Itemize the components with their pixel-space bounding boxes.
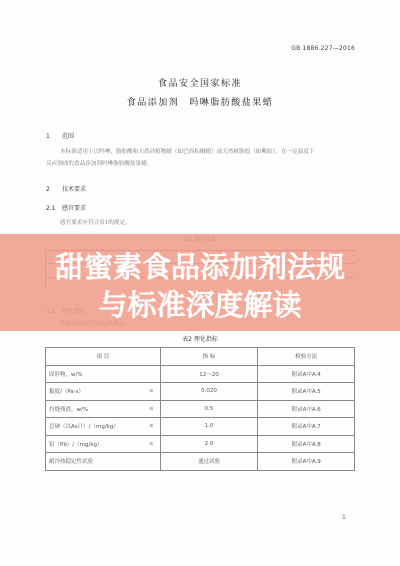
row-item: 固形物，w/% — [49, 372, 83, 378]
document-title-main: 食品安全国家标准 — [0, 76, 400, 89]
row-method: 附录A中A.4 — [258, 365, 355, 383]
page-number: 1 — [342, 514, 346, 521]
row-method: 附录A中A.9 — [258, 453, 355, 471]
banner-headline-line1: 甜蜜素食品添加剂法规 — [0, 245, 400, 286]
table2-header-value: 指 标 — [160, 348, 258, 366]
table2-header-row: 项 目 指 标 检验方法 — [46, 348, 355, 366]
table2: 项 目 指 标 检验方法 固形物，w/% 12～20 附录A中A.4 黏度/（P… — [45, 347, 355, 471]
table-row: 耐冷热稳定性试验 通过试验 附录A中A.9 — [46, 453, 355, 471]
row-method: 附录A中A.6 — [258, 400, 355, 418]
table-row: 铅（Pb）/（mg/kg）≤ 2.0 附录A中A.8 — [46, 435, 355, 453]
table-row: 固形物，w/% 12～20 附录A中A.4 — [46, 365, 355, 383]
table-row: 总砷（以As计）/（mg/kg）≤ 1.0 附录A中A.7 — [46, 418, 355, 436]
row-item: 铅（Pb）/（mg/kg） — [49, 442, 103, 448]
row-qualifier: ≤ — [149, 406, 154, 412]
standard-code: GB 1886.227—2016 — [291, 45, 355, 52]
row-method: 附录A中A.8 — [258, 435, 355, 453]
row-item: 黏度/（Pa·s） — [49, 389, 84, 395]
row-qualifier: ≤ — [149, 441, 154, 447]
title-name: 吗啉脂肪酸盐果蜡 — [189, 98, 273, 108]
row-qualifier: ≤ — [149, 388, 154, 394]
section-2-heading: 2技术要求 — [46, 184, 86, 193]
row-value: 0.020 — [160, 383, 258, 401]
row-value: 12～20 — [160, 365, 258, 383]
row-method: 附录A中A.5 — [258, 383, 355, 401]
row-value: 2.0 — [160, 435, 258, 453]
title-prefix: 食品添加剂 — [127, 98, 180, 108]
row-item: 耐冷热稳定性试验 — [49, 459, 93, 465]
row-value: 0.5 — [160, 400, 258, 418]
section-1-heading: 1范围 — [46, 131, 74, 140]
section-1-paragraph-line2: 反应制成的食品添加剂吗啉脂肪酸盐果蜡。 — [46, 158, 152, 170]
table2-caption: 表2 理化指标 — [0, 334, 400, 343]
row-method: 附录A中A.7 — [258, 418, 355, 436]
document-title-sub: 食品添加剂吗啉脂肪酸盐果蜡 — [0, 95, 400, 108]
section-2-1-heading: 2.1感官要求 — [46, 203, 86, 212]
table-row: 黏度/（Pa·s）≤ 0.020 附录A中A.5 — [46, 383, 355, 401]
row-item: 总砷（以As计）/（mg/kg） — [49, 424, 119, 430]
section-2-1-paragraph: 感官要求应符合表1的规定。 — [60, 217, 131, 229]
table-row: 灼烧残渣，w/%≤ 0.5 附录A中A.6 — [46, 400, 355, 418]
row-value: 通过试验 — [160, 453, 258, 471]
banner-headline-line2: 与标准深度解读 — [0, 283, 400, 324]
row-value: 1.0 — [160, 418, 258, 436]
row-item: 灼烧残渣，w/% — [49, 407, 88, 413]
table2-header-item: 项 目 — [46, 348, 161, 366]
section-1-paragraph-line1: 本标准适用于以吗啉、脂肪酸和天然动植物蜡（如巴西棕榈蜡）或天然树脂胶（如紫胶），… — [60, 146, 370, 158]
row-qualifier: ≤ — [149, 423, 154, 429]
table2-header-method: 检验方法 — [258, 348, 355, 366]
